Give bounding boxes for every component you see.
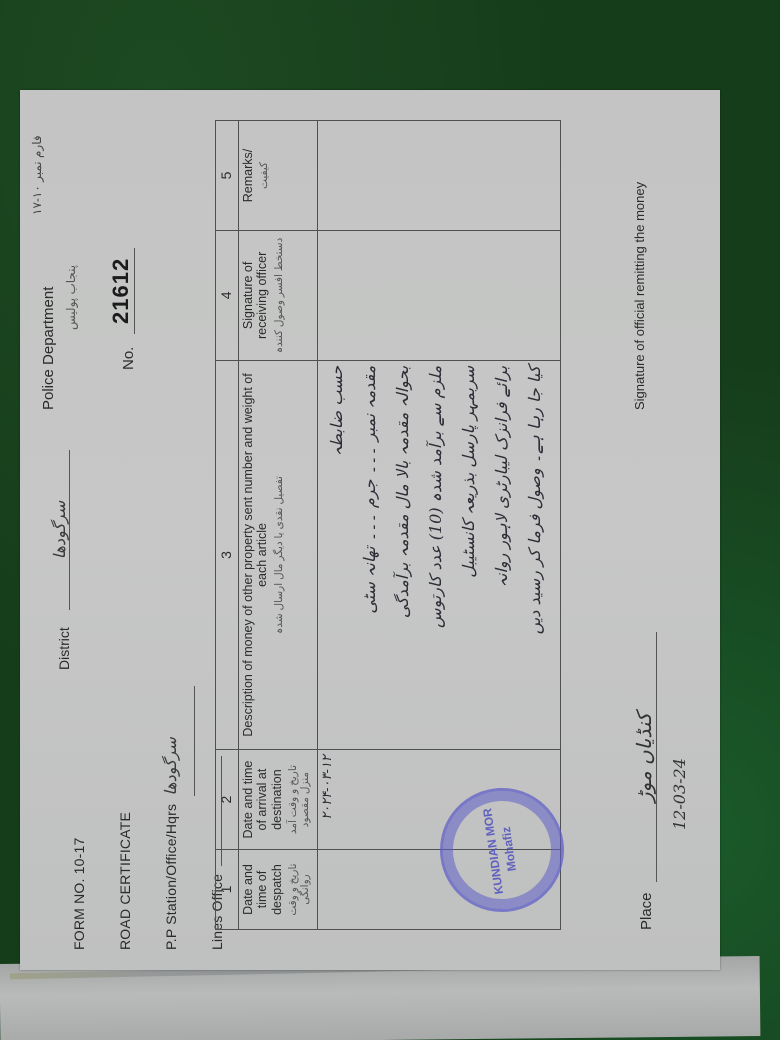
district-value: سرگودھا (50, 450, 70, 610)
header-despatch-urdu: تاریخ و وقت روانگی (287, 855, 311, 924)
header-remarks: Remarks/ کیفیت (239, 121, 318, 231)
place-value: کنڈیاں موڑ (632, 632, 657, 882)
column-number: 4 (216, 230, 239, 360)
description-line: مقدمہ نمبر ۔۔۔ جرم ۔۔۔ تھانہ سٹی (353, 366, 386, 744)
station-value: سرگودھا (148, 686, 195, 796)
column-number: 3 (216, 360, 239, 749)
header-arrival: Date and time of arrival at destination … (239, 750, 318, 850)
header-despatch-text: Date and time of despatch (241, 864, 284, 915)
description-heading: حسب ضابطہ (320, 366, 353, 744)
department-urdu: پنجاب پولیس (64, 265, 78, 330)
header-description: Description of money of other property s… (239, 360, 318, 749)
column-number: 5 (216, 121, 239, 231)
district-label: District (56, 627, 72, 670)
form-number-urdu: فارم نمبر ۱۰-۱۷ (30, 135, 44, 215)
remit-date: 12-03-24 (670, 758, 689, 830)
station-row: P.P Station/Office/Hqrs سرگودھا (148, 686, 194, 950)
header-arrival-text: Date and time of arrival at destination (241, 761, 284, 839)
description-line: بحوالہ مقدمہ بالا مال مقدمہ برآمدگی (386, 366, 419, 744)
column-number-row: 1 2 3 4 5 (216, 121, 239, 930)
form-header-left: FORM NO. 10-17 ROAD CERTIFICATE P.P Stat… (56, 686, 240, 950)
header-description-text: Description of money of other property s… (241, 373, 269, 736)
header-signature: Signature of receiving officer دستخط افس… (239, 230, 318, 360)
header-signature-urdu: دستخط افسر وصول کنندہ (273, 236, 285, 355)
remitting-signature-label: Signature of official remitting the mone… (632, 182, 647, 410)
place-label: Place (638, 892, 655, 930)
column-header-row: Date and time of despatch تاریخ و وقت رو… (239, 121, 318, 930)
cell-description: حسب ضابطہ مقدمہ نمبر ۔۔۔ جرم ۔۔۔ تھانہ س… (318, 360, 561, 749)
form-title: ROAD CERTIFICATE (102, 686, 148, 950)
column-number: 2 (216, 750, 239, 850)
cell-receiving-signature (318, 230, 561, 360)
station-label: P.P Station/Office/Hqrs (163, 804, 179, 950)
serial-number-label: No. (120, 347, 137, 370)
header-remarks-urdu: کیفیت (258, 126, 270, 225)
road-certificate-form: FORM NO. 10-17 ROAD CERTIFICATE P.P Stat… (20, 90, 720, 970)
header-signature-text: Signature of receiving officer (241, 252, 269, 339)
description-line: ملزم سے برآمد شدہ (10) عدد کارتوس (419, 366, 452, 744)
description-line: برائے فرانزک لیبارٹری لاہور روانہ (485, 366, 518, 744)
cell-remarks (318, 121, 561, 231)
place-row: Place کنڈیاں موڑ (632, 632, 657, 930)
form-number: FORM NO. 10-17 (56, 686, 102, 950)
serial-number-value: 21612 (108, 248, 135, 334)
document-sheet-wrapper: FORM NO. 10-17 ROAD CERTIFICATE P.P Stat… (20, 90, 720, 970)
header-remarks-text: Remarks/ (241, 149, 255, 202)
column-number: 1 (216, 850, 239, 930)
header-despatch: Date and time of despatch تاریخ و وقت رو… (239, 850, 318, 930)
header-arrival-urdu: تاریخ و وقت آمد منزل مقصود (287, 755, 311, 844)
department-title: Police Department (40, 287, 57, 410)
description-line: سربمہر پارسل بذریعہ کانسٹیبل (452, 366, 485, 744)
description-line: کیا جا رہا ہے۔ وصول فرما کر رسید دیں (518, 366, 551, 744)
header-description-urdu: تفصیل نقدی یا دیگر مال ارسال شدہ (273, 366, 285, 744)
